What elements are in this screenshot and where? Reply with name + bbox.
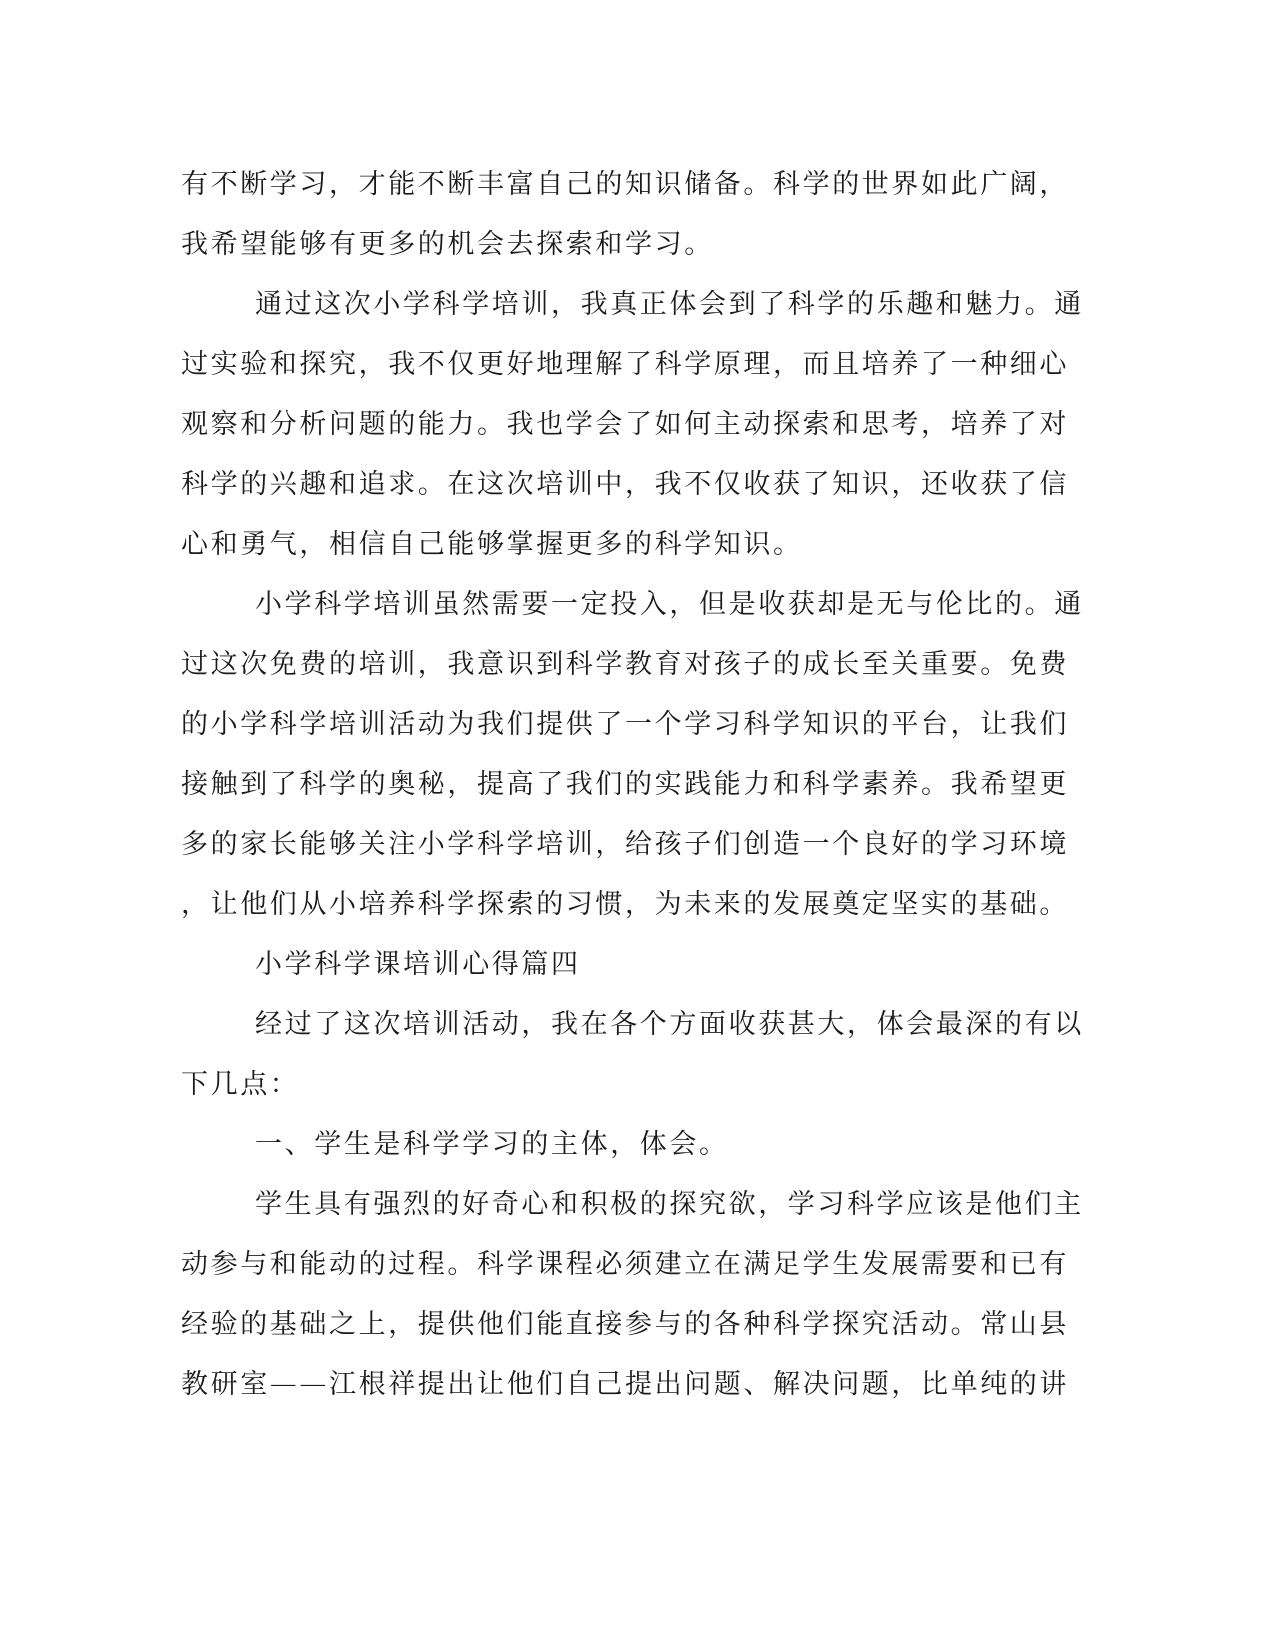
text-line-12: 多的家长能够关注小学科学培训，给孩子们创造一个良好的学习环境 bbox=[181, 828, 1069, 862]
text-line-11: 接触到了科学的奥秘，提高了我们的实践能力和科学素养。我希望更 bbox=[181, 768, 1069, 802]
text-line-16: 下几点： bbox=[181, 1068, 299, 1102]
text-line-19: 动参与和能动的过程。科学课程必须建立在满足学生发展需要和已有 bbox=[181, 1248, 1069, 1282]
text-line-2: 我希望能够有更多的机会去探索和学习。 bbox=[181, 228, 714, 262]
text-line-5: 观察和分析问题的能力。我也学会了如何主动探索和思考，培养了对 bbox=[181, 408, 1069, 442]
text-line-7: 心和勇气，相信自己能够掌握更多的科学知识。 bbox=[181, 528, 803, 562]
text-line-9: 过这次免费的培训，我意识到科学教育对孩子的成长至关重要。免费 bbox=[181, 648, 1069, 682]
paragraph-start-line: 经过了这次培训活动，我在各个方面收获甚大，体会最深的有以 bbox=[255, 1008, 1084, 1042]
text-line-6: 科学的兴趣和追求。在这次培训中，我不仅收获了知识，还收获了信 bbox=[181, 468, 1069, 502]
text-line-20: 经验的基础之上，提供他们能直接参与的各种科学探究活动。常山县 bbox=[181, 1308, 1069, 1342]
text-line-21: 教研室——江根祥提出让他们自己提出问题、解决问题，比单纯的讲 bbox=[181, 1368, 1069, 1402]
text-line-10: 的小学科学培训活动为我们提供了一个学习科学知识的平台，让我们 bbox=[181, 708, 1069, 742]
text-line-4: 过实验和探究，我不仅更好地理解了科学原理，而且培养了一种细心 bbox=[181, 348, 1069, 382]
section-heading: 小学科学课培训心得篇四 bbox=[255, 948, 581, 982]
text-line-13: ，让他们从小培养科学探索的习惯，为未来的发展奠定坚实的基础。 bbox=[181, 888, 1069, 922]
document-page: 有不断学习，才能不断丰富自己的知识储备。科学的世界如此广阔， 我希望能够有更多的… bbox=[0, 0, 1275, 1650]
paragraph-start-line: 通过这次小学科学培训，我真正体会到了科学的乐趣和魅力。通 bbox=[255, 288, 1084, 322]
paragraph-start-line: 学生具有强烈的好奇心和积极的探究欲，学习科学应该是他们主 bbox=[255, 1188, 1084, 1222]
point-heading: 一、学生是科学学习的主体，体会。 bbox=[255, 1128, 729, 1162]
text-line-1: 有不断学习，才能不断丰富自己的知识储备。科学的世界如此广阔， bbox=[181, 168, 1069, 202]
paragraph-start-line: 小学科学培训虽然需要一定投入，但是收获却是无与伦比的。通 bbox=[255, 588, 1084, 622]
